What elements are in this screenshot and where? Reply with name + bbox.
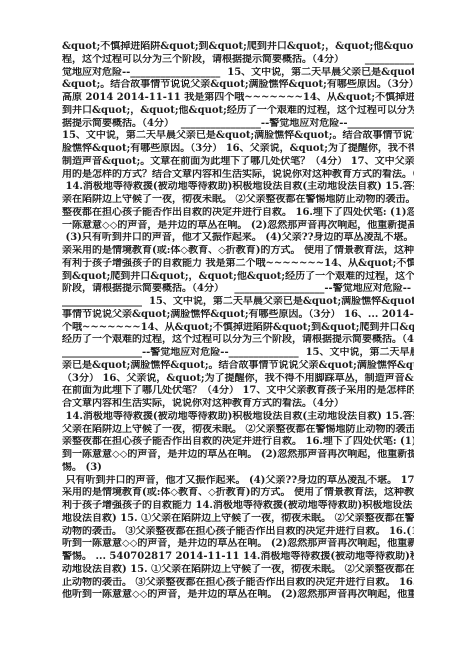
text-line: 到&quot;爬到井口&quot;，&quot;他&quot;经历了一个艰难的过…: [62, 271, 414, 284]
text-line: 15、文中说，第二天早晨父亲已是&quot;满脸憔悴&quot;。结合故事情节说…: [62, 130, 414, 143]
text-line: 到井口&quot;，&quot;他&quot;经历了一个艰难的过程，这个过程可以…: [62, 105, 414, 118]
text-line: 在前面为此埋下了哪几处伏笔？（4分） 17、文中父亲教育孩子采用的是怎样的方式？…: [62, 385, 414, 398]
text-line: 警惕。 ... 540702817 2014-11-11 14.消极地等待救援(…: [62, 551, 414, 564]
text-block: &quot;不慎掉进陷阱&quot;到&quot;爬到井口&quot;，&quo…: [62, 41, 414, 602]
text-line: &quot;。结合故事情节说说父亲&quot;满脸憔悴&quot;有哪些原因。（…: [62, 79, 414, 92]
text-line: &quot;不慎掉进陷阱&quot;到&quot;爬到井口&quot;，&quo…: [62, 41, 414, 54]
text-line: 父亲在陷阱边上守候了一夜，彻夜未眠。 ②父亲整夜都在警惕地防止动物的袭击。 ③父: [62, 424, 414, 437]
text-line: 地设法自救) 15. ①父亲在陷阱边上守候了一夜，彻夜未眠。 ②父亲整夜都在警惕…: [62, 513, 414, 526]
text-line: 程，这个过程可以分为三个阶段，请根据提示简要概括。（4分） __________…: [62, 54, 414, 67]
text-line: 整夜都在担心孩子能否作出自救的决定并进行自救。 16.埋下了四处伏笔: (1)忽…: [62, 207, 414, 220]
text-line: 觉地应对危险--__________________ 15、文中说，第二天早晨父…: [62, 67, 414, 80]
text-line: ________________ 15、文中说，第二天早晨父亲已是&quot;满…: [62, 296, 414, 309]
text-line: (3)只有听到井口的声音，他才又振作起来。 (4)父亲??身边的草丛凌乱不堪。 …: [62, 232, 414, 245]
text-line: 有利于孩子增强孩子的自救能力 我是第二个哦~~~~~~~14、从&quot;不慎…: [62, 258, 414, 271]
text-line: 用的是怎样的方式？结合文章内容和生活实际，说说你对这种教育方式的看法。（4分）: [62, 169, 414, 182]
text-line: 动地设法自救) 15. ①父亲在陷阱边上守候了一夜，彻夜未眠。 ②父亲整夜都在警…: [62, 564, 414, 577]
text-line: 14.消极地等待救援(被动地等待救助)积极地设法自救(主动地设法自救) 15.答…: [62, 181, 414, 194]
text-line: 一陈意意◇◇的声音，是井边的草丛在响。 (2)忽然那声音再次响起，他重新提高了警…: [62, 220, 414, 233]
text-line: ________________--警觉地应对危险--_____________…: [62, 347, 414, 360]
text-line: 惕。 (3): [62, 462, 414, 475]
text-line: 个哦~~~~~~~14、从&quot;不慎掉进陷阱&quot;到&quot;爬到…: [62, 322, 414, 335]
text-line: 14.消极地等待救援(被动地等待救助)积极地设法自救(主动地设法自救) 15.答…: [62, 411, 414, 424]
text-line: 高原 2014 2014-11-11 我是第四个哦~~~~~~~14、从&quo…: [62, 92, 414, 105]
text-line: 到一陈意意◇◇的声音，是井边的草丛在响。 (2)忽然那声音再次响起，他重新提高了…: [62, 449, 414, 462]
text-line: 据提示简要概括。（4分） ________________--警觉地应对危险--…: [62, 118, 414, 131]
text-line: 亲采用的是情境教育(或:体◇教育、◇折教育)的方式。 使用了情景教育法，这种教育…: [62, 245, 414, 258]
text-line: 他听到一陈意意◇◇的声音，是井边的草丛在响。 (2)忽然那声音再次响起，他重新提…: [62, 589, 414, 602]
text-line: 采用的是情境教育(或:体◇教育、◇折教育)的方式。 使用了情景教育法，这种教育方…: [62, 487, 414, 500]
text-line: （3分） 16、父亲说，&quot;为了提醒你，我不得不用脚踩草丛，制造声音&q…: [62, 373, 414, 386]
text-line: 亲已是&quot;满脸憔悴&quot;。结合故事情节说说父亲&quot;满脸憔悴…: [62, 360, 414, 373]
text-line: 事情节说说父亲&quot;满脸憔悴&quot;有哪些原因。（3分） 16、...…: [62, 309, 414, 322]
text-line: 利于孩子增强孩子的自救能力 14.消极地等待救援(被动地等待救助)积极地设法自救…: [62, 500, 414, 513]
text-line: 只有听到井口的声音，他才又振作起来。 (4)父亲??身边的草丛凌乱不堪。 17、…: [62, 475, 414, 488]
text-line: 止动物的袭击。 ③父亲整夜都在担心孩子能否作出自救的决定并进行自救。 16.(1…: [62, 577, 414, 590]
text-line: 制造声音&quot;。文章在前面为此埋下了哪几处伏笔？（4分） 17、文中父亲教…: [62, 156, 414, 169]
text-line: 听到一陈意意◇◇的声音，是井边的草丛在响。 (2)忽然那声音再次响起，他重新提高…: [62, 538, 414, 551]
text-line: 亲整夜都在担心孩子能否作出自救的决定并进行自救。 16.埋下了四处伏笔: (1)…: [62, 436, 414, 449]
text-line: 经历了一个艰难的过程，这个过程可以分为三个阶段，请根据提示简要概括。（4分）: [62, 334, 414, 347]
text-line: 阶段，请根据提示简要概括。（4分） __________________--警觉…: [62, 283, 414, 296]
text-line: 亲在陷阱边上守候了一夜，彻夜未眠。 ②父亲整夜都在警惕地防止动物的袭击。 ③父亲: [62, 194, 414, 207]
document-page: &quot;不慎掉进陷阱&quot;到&quot;爬到井口&quot;，&quo…: [0, 0, 474, 670]
text-line: 脸憔悴&quot;有哪些原因。（3分） 16、父亲说，&quot;为了提醒你，我…: [62, 143, 414, 156]
text-line: 合文章内容和生活实际，说说你对这种教育方式的看法。（4分）: [62, 398, 414, 411]
text-line: 动物的袭击。 ③父亲整夜都在担心孩子能否作出自救的决定并进行自救。 16.(1)…: [62, 526, 414, 539]
